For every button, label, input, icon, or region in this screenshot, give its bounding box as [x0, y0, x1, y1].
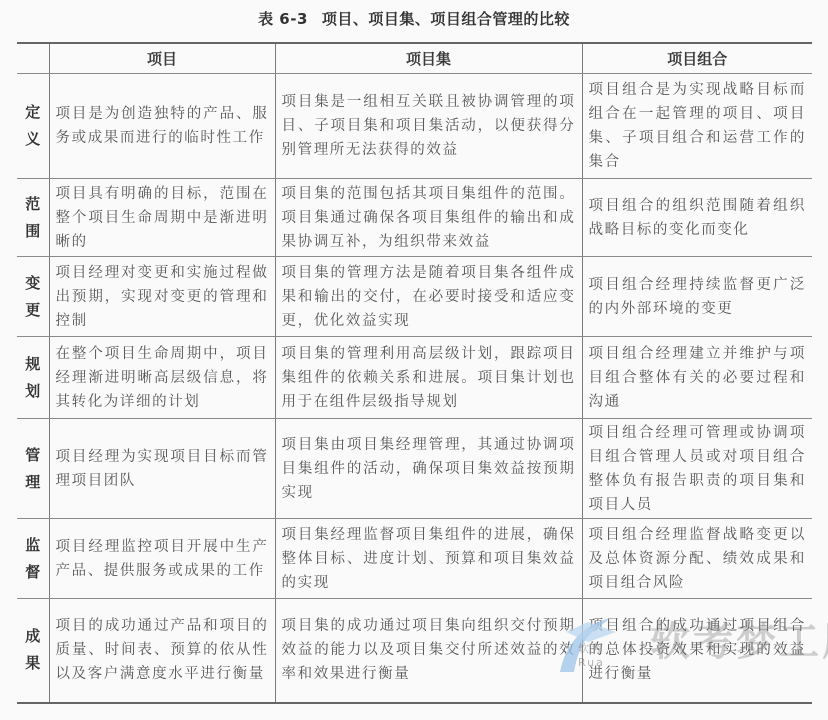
row-label: 管理 [17, 419, 49, 519]
table-number: 表 6-3 [258, 10, 308, 28]
cell-project: 在整个项目生命周期中，项目经理渐进明晰高层级信息，将其转化为详细的计划 [49, 337, 275, 419]
cell-program: 项目集的管理方法是随着项目集各组件成果和输出的交付，在必要时接受和适应变更，优化… [275, 257, 582, 337]
row-label: 规划 [17, 337, 49, 419]
cell-portfolio: 项目组合经理持续监督更广泛的内外部环境的变更 [582, 257, 812, 337]
cell-program: 项目集的范围包括其项目集组件的范围。项目集通过确保各项目集组件的输出和成果协调互… [275, 179, 582, 257]
row-label: 定义 [17, 74, 49, 179]
cell-project: 项目经理监控项目开展中生产产品、提供服务或成果的工作 [49, 519, 275, 599]
cell-program: 项目集的成功通过项目集向组织交付预期效益的能力以及项目集交付所述效益的效率和效果… [275, 599, 582, 703]
cell-program: 项目集由项目集经理管理，其通过协调项目集组件的活动，确保项目集效益按预期实现 [275, 419, 582, 519]
table-row-definition: 定义 项目是为创造独特的产品、服务或成果而进行的临时性工作 项目集是一组相互关联… [17, 74, 812, 179]
cell-portfolio: 项目组合经理可管理或协调项目组合管理人员或对项目组合整体负有报告职责的项目集和项… [582, 419, 812, 519]
table-header-row: 项目 项目集 项目组合 [17, 43, 812, 74]
cell-portfolio: 项目组合经理建立并维护与项目组合整体有关的必要过程和沟通 [582, 337, 812, 419]
table-title: 项目、项目集、项目组合管理的比较 [322, 10, 570, 28]
cell-project: 项目经理对变更和实施过程做出预期，实现对变更的管理和控制 [49, 257, 275, 337]
row-label: 成果 [17, 599, 49, 703]
header-project: 项目 [49, 43, 275, 74]
cell-portfolio: 项目组合的成功通过项目组合的总体投资效果和实现的效益进行衡量 [582, 599, 812, 703]
header-program: 项目集 [275, 43, 582, 74]
table-row-change: 变更 项目经理对变更和实施过程做出预期，实现对变更的管理和控制 项目集的管理方法… [17, 257, 812, 337]
cell-program: 项目集经理监督项目集组件的进展，确保整体目标、进度计划、预算和项目集效益的实现 [275, 519, 582, 599]
cell-project: 项目经理为实现项目目标而管理项目团队 [49, 419, 275, 519]
table-caption: 表 6-3项目、项目集、项目组合管理的比较 [0, 8, 828, 29]
table-row-management: 管理 项目经理为实现项目目标而管理项目团队 项目集由项目集经理管理，其通过协调项… [17, 419, 812, 519]
cell-portfolio: 项目组合的组织范围随着组织战略目标的变化而变化 [582, 179, 812, 257]
table-row-scope: 范围 项目具有明确的目标，范围在整个项目生命周期中是渐进明晰的 项目集的范围包括… [17, 179, 812, 257]
cell-program: 项目集的管理利用高层级计划，跟踪项目集组件的依赖关系和进展。项目集计划也用于在组… [275, 337, 582, 419]
table-row-planning: 规划 在整个项目生命周期中，项目经理渐进明晰高层级信息，将其转化为详细的计划 项… [17, 337, 812, 419]
row-label: 监督 [17, 519, 49, 599]
cell-program: 项目集是一组相互关联且被协调管理的项目、子项目集和项目集活动，以便获得分别管理所… [275, 74, 582, 179]
row-label: 范围 [17, 179, 49, 257]
table-row-monitoring: 监督 项目经理监控项目开展中生产产品、提供服务或成果的工作 项目集经理监督项目集… [17, 519, 812, 599]
row-label: 变更 [17, 257, 49, 337]
table-row-success: 成果 项目的成功通过产品和项目的质量、时间表、预算的依从性以及客户满意度水平进行… [17, 599, 812, 703]
header-portfolio: 项目组合 [582, 43, 812, 74]
header-blank [17, 43, 49, 74]
cell-project: 项目的成功通过产品和项目的质量、时间表、预算的依从性以及客户满意度水平进行衡量 [49, 599, 275, 703]
document-page: 表 6-3项目、项目集、项目组合管理的比较 项目 项目集 项目组合 定义 项目是… [0, 0, 828, 720]
cell-portfolio: 项目组合是为实现战略目标而组合在一起管理的项目、项目集、子项目组合和运营工作的集… [582, 74, 812, 179]
cell-portfolio: 项目组合经理监督战略变更以及总体资源分配、绩效成果和项目组合风险 [582, 519, 812, 599]
cell-project: 项目具有明确的目标，范围在整个项目生命周期中是渐进明晰的 [49, 179, 275, 257]
comparison-table: 项目 项目集 项目组合 定义 项目是为创造独特的产品、服务或成果而进行的临时性工… [17, 42, 812, 704]
cell-project: 项目是为创造独特的产品、服务或成果而进行的临时性工作 [49, 74, 275, 179]
